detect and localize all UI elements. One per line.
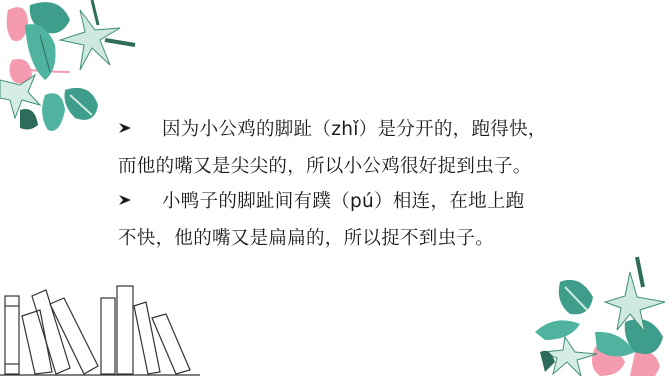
paragraph-1: 因为小公鸡的脚趾（zhǐ）是分开的，跑得快， 而他的嘴又是尖尖的，所以小公鸡很好…	[118, 112, 558, 184]
arrow-bullet-icon	[118, 113, 162, 149]
slide: 因为小公鸡的脚趾（zhǐ）是分开的，跑得快， 而他的嘴又是尖尖的，所以小公鸡很好…	[0, 0, 668, 376]
tropical-leaves-bottom-right-icon	[525, 252, 668, 376]
paragraph-2-line-1: 小鸭子的脚趾间有蹼（pú）相连，在地上跑	[162, 191, 524, 212]
arrow-bullet-icon	[118, 185, 162, 221]
sketched-books-icon	[0, 276, 200, 376]
paragraph-2: 小鸭子的脚趾间有蹼（pú）相连，在地上跑 不快，他的嘴又是扁扁的，所以捉不到虫子…	[118, 184, 558, 256]
paragraph-1-line-2: 而他的嘴又是尖尖的，所以小公鸡很好捉到虫子。	[118, 156, 532, 177]
paragraph-2-line-2: 不快，他的嘴又是扁扁的，所以捉不到虫子。	[118, 228, 494, 249]
paragraph-1-line-1: 因为小公鸡的脚趾（zhǐ）是分开的，跑得快，	[162, 119, 547, 140]
slide-content: 因为小公鸡的脚趾（zhǐ）是分开的，跑得快， 而他的嘴又是尖尖的，所以小公鸡很好…	[118, 112, 558, 256]
